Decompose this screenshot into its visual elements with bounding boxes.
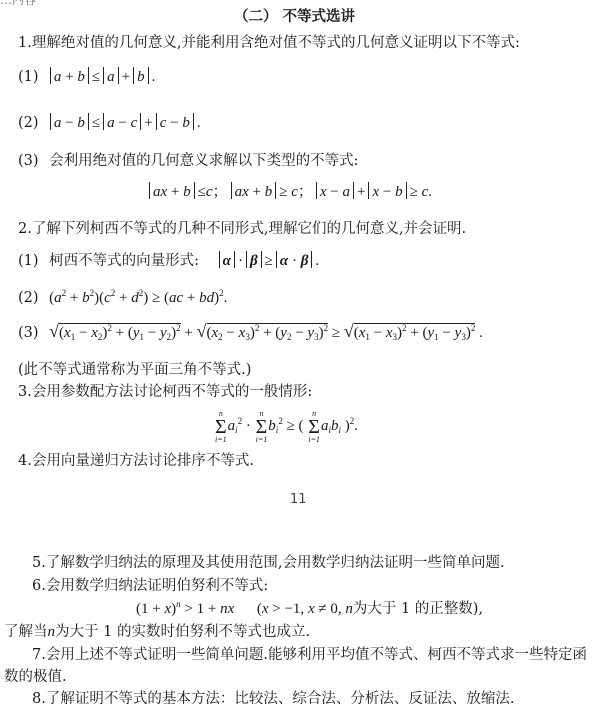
item-1-sub-2-formula: a − b≤a − c+c − b. [43, 115, 200, 131]
item-2-sub-3: (3) √(x1 − x2)2 + (y1 − y2)2 + √(x2 − x3… [18, 322, 483, 342]
item-1-text: 1.理解绝对值的几何意义,并能利用含绝对值不等式的几何意义证明以下不等式: [18, 34, 520, 52]
item-6-note-var: n [48, 624, 56, 640]
item-6-condition: (x > −1, x ≠ 0, n [257, 601, 353, 617]
item-2-sub-3-label: (3) [18, 325, 39, 341]
summation-1: nΣi=1 [215, 410, 227, 444]
item-3-text: 3.会用参数配方法讨论柯西不等式的一般情形: [18, 383, 312, 401]
item-6-note: 了解当n为大于 1 的实数时伯努利不等式也成立. [4, 623, 310, 641]
item-2-sub-2-label: (2) [18, 290, 39, 306]
item-6-note-suffix: 为大于 1 的实数时伯努利不等式也成立. [55, 624, 310, 640]
item-1-sub-2-label: (2) [18, 115, 39, 131]
item-3-formula: nΣi=1ai2 · nΣi=1bi2 ≥ ( nΣi=1aibi )2. [214, 406, 358, 446]
item-2-sub-3-formula: √(x1 − x2)2 + (y1 − y2)2 + √(x2 − x3)2 +… [49, 325, 483, 341]
item-8-text: 8.了解证明不等式的基本方法：比较法、综合法、分析法、反证法、放缩法. [32, 690, 514, 708]
item-1-sub-1-label: (1) [18, 69, 39, 85]
item-7-text-line-2: 数的极值. [4, 668, 67, 686]
item-1-sub-3-label: (3) [18, 153, 39, 169]
page-number: 11 [290, 491, 307, 509]
item-6-note-prefix: 了解当 [4, 624, 48, 640]
item-4-text: 4.会用向量递归方法讨论排序不等式. [18, 452, 254, 470]
item-1-sub-3-text: 会利用绝对值的几何意义求解以下类型的不等式: [49, 153, 358, 169]
item-2-sub-1-text: 柯西不等式的向量形式: [49, 253, 199, 269]
item-1-sub-3-formula: ax + b≤c；ax + b≥ c；x − a+x − b≥ c. [146, 182, 432, 201]
item-1-sub-3: (3) 会利用绝对值的几何意义求解以下类型的不等式: [18, 152, 359, 170]
item-2-text: 2.了解下列柯西不等式的几种不同形式,理解它们的几何意义,并会证明. [18, 220, 466, 238]
summation-3: nΣi=1 [308, 410, 320, 444]
item-2-sub-2-formula: (a2 + b2)(c2 + d2) ≥ (ac + bd)2. [49, 290, 227, 306]
item-6-condition-text: 为大于 1 的正整数), [353, 601, 483, 617]
item-2-sub-1: (1) 柯西不等式的向量形式: α·β≥α · β. [18, 251, 319, 270]
cut-off-header-text: …内容 [0, 0, 36, 9]
item-2-note: (此不等式通常称为平面三角不等式.) [18, 361, 251, 379]
item-2-sub-1-formula: α·β≥α · β. [216, 253, 319, 269]
summation-2: nΣi=1 [256, 410, 268, 444]
item-7-text-line-1: 7.会用上述不等式证明一些简单问题.能够利用平均值不等式、柯西不等式求一些特定函 [32, 646, 587, 664]
section-title: （二） 不等式选讲 [234, 8, 355, 26]
item-6-formula-line: (1 + x)n > 1 + nx (x > −1, x ≠ 0, n为大于 1… [136, 600, 483, 618]
item-1-sub-2: (2) a − b≤a − c+c − b. [18, 113, 201, 132]
item-1-sub-1: (1) a + b≤a+b. [18, 67, 155, 86]
item-5-text: 5.了解数学归纳法的原理及其使用范围,会用数学归纳法证明一些简单问题. [32, 554, 505, 572]
item-6-formula: (1 + x)n > 1 + nx [136, 601, 234, 617]
item-2-sub-2: (2) (a2 + b2)(c2 + d2) ≥ (ac + bd)2. [18, 289, 227, 307]
item-2-sub-1-label: (1) [18, 253, 39, 269]
item-1-sub-1-formula: a + b≤a+b. [43, 69, 155, 85]
item-6-text: 6.会用数学归纳法证明伯努利不等式: [32, 577, 268, 595]
